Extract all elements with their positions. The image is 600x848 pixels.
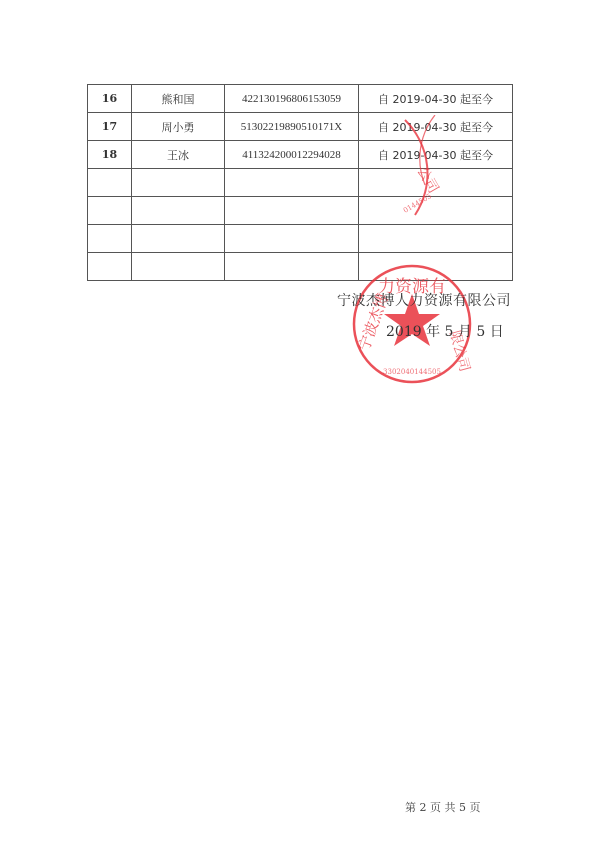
id-number: 411324200012294028	[225, 141, 359, 169]
employment-period	[359, 225, 513, 253]
svg-text:3302040144505: 3302040144505	[383, 368, 441, 376]
id-number	[225, 225, 359, 253]
employment-period: 自 2019-04-30 起至今	[359, 85, 513, 113]
row-number	[88, 253, 132, 281]
employee-table: 16熊和国422130196806153059自 2019-04-30 起至今1…	[87, 84, 513, 281]
table-row	[88, 197, 513, 225]
employee-name: 王冰	[132, 141, 225, 169]
employee-name	[132, 197, 225, 225]
row-number: 17	[88, 113, 132, 141]
row-number: 18	[88, 141, 132, 169]
id-number	[225, 253, 359, 281]
employment-period	[359, 169, 513, 197]
employment-period: 自 2019-04-30 起至今	[359, 113, 513, 141]
table-row: 18王冰411324200012294028自 2019-04-30 起至今	[88, 141, 513, 169]
row-number	[88, 197, 132, 225]
id-number	[225, 169, 359, 197]
table-row	[88, 169, 513, 197]
table-row: 16熊和国422130196806153059自 2019-04-30 起至今	[88, 85, 513, 113]
id-number: 51302219890510171X	[225, 113, 359, 141]
page-number: 第 2 页 共 5 页	[405, 799, 480, 815]
id-number: 422130196806153059	[225, 85, 359, 113]
table-row: 17周小勇51302219890510171X自 2019-04-30 起至今	[88, 113, 513, 141]
employee-name: 周小勇	[132, 113, 225, 141]
table-row	[88, 225, 513, 253]
employee-name	[132, 169, 225, 197]
signature-date: 2019 年 5 月 5 日	[386, 321, 504, 341]
employment-period	[359, 197, 513, 225]
row-number: 16	[88, 85, 132, 113]
employment-period: 自 2019-04-30 起至今	[359, 141, 513, 169]
company-name: 宁波杰博人力资源有限公司	[337, 290, 511, 310]
employee-name	[132, 225, 225, 253]
row-number	[88, 169, 132, 197]
id-number	[225, 197, 359, 225]
employee-name	[132, 253, 225, 281]
employment-period	[359, 253, 513, 281]
employee-name: 熊和国	[132, 85, 225, 113]
table-row	[88, 253, 513, 281]
row-number	[88, 225, 132, 253]
